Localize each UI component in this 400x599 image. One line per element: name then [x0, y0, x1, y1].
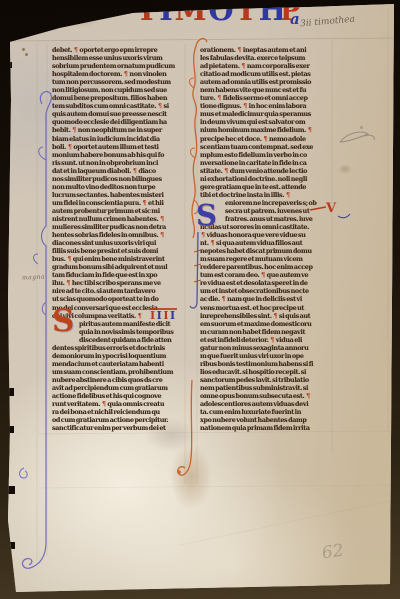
text-line: ¶ viduas honora que vere vidue su: [200, 231, 336, 239]
text-line: tam fiduciam in fide que est in xpo: [52, 271, 182, 279]
text-line: m suam regere et mutuam vicem: [200, 255, 336, 263]
text-line: hensibilem esse unius uxoris virum: [52, 54, 182, 62]
text-line: tum non percussorem. sed modestum: [52, 78, 182, 86]
text-line: ribus bonis testimonium habens si fi: [200, 360, 336, 368]
text-line: debet. ¶ oportet ergo epm irrepre: [52, 46, 182, 54]
rubric-pilcrow: ¶: [143, 199, 147, 207]
text-line: m curam non habet fidem negavit: [200, 328, 336, 336]
blue-pen-flourish-icon: [20, 92, 52, 569]
rubric-pilcrow: ¶: [224, 167, 228, 175]
text-line: tum est coram deo. ¶ que autem ve: [200, 271, 336, 279]
rubric-pilcrow: ¶: [160, 215, 164, 223]
text-line: secra ut patrem. iuvenes ut: [200, 207, 336, 215]
rubric-pilcrow: ¶: [138, 312, 142, 320]
text-line: nire ad te cito. si autem tardavero: [52, 287, 182, 295]
text-line: quis autem domui sue preesse nescit: [52, 110, 182, 118]
rubric-pilcrow: ¶: [124, 70, 128, 78]
text-line: filiis suis bene presint et suis domi: [52, 247, 182, 255]
chapter5-margin-numeral: V: [326, 202, 336, 215]
colored-letter: I: [150, 309, 157, 322]
text-line: xpo nubere volunt habentes damp: [200, 416, 336, 424]
rubric-pilcrow: ¶: [237, 46, 241, 54]
pencil-inscription-top: 3ii timothea: [300, 11, 400, 30]
colored-letter: I: [159, 0, 173, 25]
edge-notches: [8, 62, 15, 549]
rubric-pilcrow: ¶: [222, 295, 226, 303]
rubric-pilcrow: ¶: [270, 336, 274, 344]
text-line: diacones sint unius uxoris viri qui: [52, 239, 182, 247]
text-line: tibi et doctrine insta in illis. ¶: [200, 191, 336, 199]
ink-speck: [22, 48, 25, 51]
text-line: stitate. ¶ dum venio attende lectio: [200, 167, 336, 175]
text-line: bus. ¶ qui enim bene ministraverint: [52, 255, 182, 263]
rubric-pilcrow: ¶: [201, 231, 205, 239]
manuscript-photo: TIMOTH a P 3ii timothea 62 magna debet. …: [0, 0, 400, 599]
text-column-left: debet. ¶ oportet ergo epm irreprehensibi…: [52, 46, 182, 432]
text-line: in deum vivum qui est salvator om: [200, 118, 336, 126]
chapter4-numeral: IIII: [150, 308, 177, 321]
chapter5-initial: S: [196, 201, 217, 229]
margin-ink-smudge: [340, 132, 374, 142]
rubric-pilcrow: ¶: [306, 392, 310, 400]
text-line: vens mortua est. et hoc precipe ut: [200, 304, 336, 312]
ink-speck: [360, 126, 363, 129]
text-line: et est infideli deterior. ¶ vidua eli: [200, 336, 336, 344]
ink-speck: [25, 53, 28, 56]
text-line: lios educavit. si hospitio recepit. si: [200, 368, 336, 376]
text-line: sanctificatur enim per verbum dei et: [52, 424, 182, 432]
chapter4-initial: S: [52, 307, 74, 335]
text-line: tione dignus. ¶ in hoc enim labora: [200, 102, 336, 110]
rubric-pilcrow: ¶: [261, 271, 265, 279]
text-line: runt veritatem. ¶ quia omnis creatu: [52, 400, 182, 408]
text-line: gradum bonum sibi adquirent et mul: [52, 263, 182, 271]
parchment-stain: [58, 8, 102, 28]
rubric-pilcrow: ¶: [66, 279, 70, 287]
colored-letter: I: [170, 309, 177, 322]
parchment-stain: [338, 164, 352, 174]
text-line: mulieres similiter pudicas non detra: [52, 223, 182, 231]
text-line: re vidua est et desolata speret in de: [200, 279, 336, 287]
parchment-leaf: TIMOTH a P 3ii timothea 62 magna debet. …: [8, 2, 396, 594]
text-line: ture. ¶ fidelis sermo et omni accep: [200, 94, 336, 102]
colored-letter: T: [136, 0, 158, 25]
text-line: bebit. ¶ non neophitum ne in super: [52, 126, 182, 134]
rubric-pilcrow: ¶: [67, 255, 71, 263]
parchment-stain: [170, 444, 212, 510]
text-line: dentes spiritibus erroris et doctrinis: [52, 344, 182, 352]
rubric-pilcrow: ¶: [243, 102, 247, 110]
text-line: demoniorum in ypocrisi loquentium: [52, 352, 182, 360]
text-line: ad pietatem. ¶ nam corporalis exer: [200, 62, 336, 70]
rubric-pilcrow: ¶: [241, 62, 245, 70]
text-line: nepotes habet discat primum domu: [200, 247, 336, 255]
text-line: dat et in laqueum diaboli. ¶ diaco: [52, 167, 182, 175]
text-line: ta. cum enim luxuriate fuerint in: [200, 408, 336, 416]
text-line: actione fidelibus et his qui cognove: [52, 392, 182, 400]
rubric-pilcrow: ¶: [217, 94, 221, 102]
text-line: nem patientibus subministravit. si: [200, 384, 336, 392]
text-line: mendacium et cauteriatam habenti: [52, 360, 182, 368]
text-line: eniorem ne increpaveris s; ob: [200, 199, 336, 207]
text-line: adolescentiores autem viduas devi: [200, 400, 336, 408]
text-line: um et instet obsecrationibus nocte: [200, 287, 336, 295]
text-line: lucrum sectantes. habentes misteri: [52, 191, 182, 199]
rubric-pilcrow: ¶: [102, 400, 106, 408]
text-line: scentiam tuam contempnat. sed exe: [200, 143, 336, 151]
text-line: tem subditos cum omni castitate. ¶ si: [52, 102, 182, 110]
text-line: um fidei in conscientia pura. ¶ et hii: [52, 199, 182, 207]
text-line: nistrent nullum crimen habentes. ¶: [52, 215, 182, 223]
text-line: autem ad omnia utilis est promissio: [200, 78, 336, 86]
text-line: fratres. anus ut matres. iuve: [200, 215, 336, 223]
text-line: sobrium prudentem ornatum pudicum: [52, 62, 182, 70]
text-line: autem probentur primum et sic mi: [52, 207, 182, 215]
text-line: nubere abstinere a cibis quos ds cre: [52, 376, 182, 384]
text-line: reddere parentibus. hoc enim accep: [200, 263, 336, 271]
text-line: ris sunt. ut non in obprobrium inci: [52, 159, 182, 167]
rubric-pilcrow: ¶: [68, 143, 72, 151]
text-line: nculas ut sorores in omni castitate.: [200, 223, 336, 231]
text-line: m que fuerit unius viri uxor in ope: [200, 352, 336, 360]
pencil-inscription-bottom: 62: [321, 541, 345, 564]
text-line: les fabulas devita. exerce teipsum: [200, 54, 336, 62]
text-line: hentes sobrias fideles in omnibus. ¶: [52, 231, 182, 239]
text-line: biam elatus in iudicium incidat dia: [52, 135, 182, 143]
text-line: em suorum et maxime domesticoru: [200, 320, 336, 328]
running-title: TIMOTH: [136, 0, 286, 25]
text-line: od cum gratiarum actione percipitur.: [52, 416, 182, 424]
text-line: gatur non minus sexaginta annoru: [200, 344, 336, 352]
text-line: ihu. ¶ hec tibi scribo sperans me ve: [52, 279, 182, 287]
text-line: nos similiter pudicos non bilingues: [52, 175, 182, 183]
text-column-right: orationem. ¶ ineptas autem et aniles fab…: [200, 46, 336, 432]
text-line: monium habere bonum ab his qui fo: [52, 151, 182, 159]
colored-letter: O: [208, 0, 233, 25]
text-line: boli. ¶ oportet autem illum et testi: [52, 143, 182, 151]
text-line: nium hominum maxime fidelium. ¶: [200, 126, 336, 134]
text-line: ac die. ¶ nam que in deliciis est vi: [200, 295, 336, 303]
rubric-pilcrow: ¶: [160, 231, 164, 239]
text-line: orationem. ¶ ineptas autem et ani: [200, 46, 336, 54]
rubric-pilcrow: ¶: [158, 102, 162, 110]
text-line: ni exhortationi doctrine. noli negli: [200, 175, 336, 183]
text-line: nationem quia primam fidem irrita: [200, 424, 336, 432]
text-line: omne opus bonum subsecuta est. ¶: [200, 392, 336, 400]
text-line: inreprehensibiles sint. ¶ si quis aut: [200, 312, 336, 320]
rubric-pilcrow: ¶: [74, 46, 78, 54]
text-line: um suam conscientiam. prohibentium: [52, 368, 182, 376]
rubric-pilcrow: ¶: [286, 191, 290, 199]
colored-letter: I: [163, 309, 170, 322]
rubric-pilcrow: ¶: [308, 126, 312, 134]
text-line: precipe hec et doce. ¶ nemo adole: [200, 135, 336, 143]
text-line: gere gratiam que in te est. attende: [200, 183, 336, 191]
text-line: ra dei bona et nichil reiciendum qu: [52, 408, 182, 416]
margin-gloss: magna: [22, 273, 45, 281]
text-line: mus et maledicimur quia speramus: [200, 110, 336, 118]
rubric-pilcrow: ¶: [211, 239, 215, 247]
text-line: quomodo ecclesie dei diligentiam ha: [52, 118, 182, 126]
text-line: nversatione in caritate in fide in ca: [200, 159, 336, 167]
rubric-pilcrow: ¶: [273, 312, 277, 320]
text-line: nt. ¶ si qua autem vidua filios aut: [200, 239, 336, 247]
rubric-pilcrow: ¶: [72, 126, 76, 134]
text-line: non multo vino deditos non turpe: [52, 183, 182, 191]
running-title-fragment: P: [280, 0, 300, 27]
colored-letter: M: [175, 0, 207, 25]
rubric-pilcrow: ¶: [263, 135, 267, 143]
text-line: nem habens vite que nunc est et fu: [200, 86, 336, 94]
text-line: hospitalem doctorem. ¶ non vinolen: [52, 70, 182, 78]
text-line: sanctorum pedes lavit. si tribulatio: [200, 376, 336, 384]
text-line: non litigiosum. non cupidum sed sue: [52, 86, 182, 94]
text-line: mplum esto fidelium in verbo in co: [200, 151, 336, 159]
rubric-pilcrow: ¶: [133, 167, 137, 175]
text-line: avit ad percipiendum cum gratiarum: [52, 384, 182, 392]
text-line: domui bene prepositum. filios haben: [52, 94, 182, 102]
colored-letter: T: [235, 0, 257, 25]
text-line: citatio ad modicum utilis est. pietas: [200, 70, 336, 78]
